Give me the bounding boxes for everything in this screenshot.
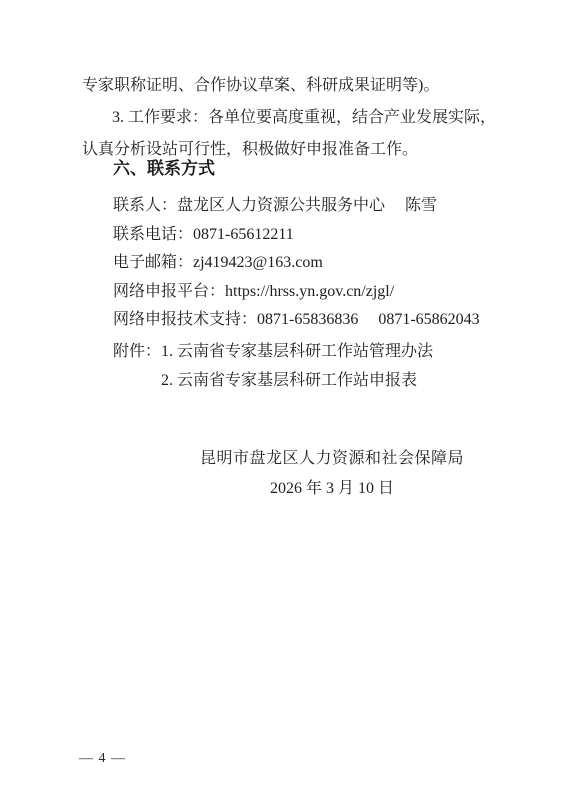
attachment-row-2: 附件：2. 云南省专家基层科研工作站申报表 bbox=[113, 366, 533, 395]
page-number: — 4 — bbox=[79, 751, 126, 767]
attachment-row-1: 附件：1. 云南省专家基层科研工作站管理办法 bbox=[113, 337, 533, 366]
work-requirements-line-1: 3. 工作要求：各单位要高度重视，结合产业发展实际， bbox=[82, 102, 518, 134]
attachment-item-1: 1. 云南省专家基层科研工作站管理办法 bbox=[161, 343, 433, 360]
document-page: 专家职称证明、合作协议草案、科研成果证明等)。 3. 工作要求：各单位要高度重视… bbox=[0, 0, 569, 810]
attachment-item-2: 2. 云南省专家基层科研工作站申报表 bbox=[161, 372, 417, 389]
attachments-label: 附件： bbox=[113, 343, 161, 360]
contact-person-line: 联系人：盘龙区人力资源公共服务中心 陈雪 bbox=[113, 192, 533, 221]
attachments-block: 附件：1. 云南省专家基层科研工作站管理办法 附件：2. 云南省专家基层科研工作… bbox=[113, 337, 533, 395]
contact-phone-line: 联系电话：0871-65612211 bbox=[113, 221, 533, 250]
body-paragraphs: 专家职称证明、合作协议草案、科研成果证明等)。 3. 工作要求：各单位要高度重视… bbox=[82, 70, 518, 166]
contact-email-line: 电子邮箱：zj419423@163.com bbox=[113, 249, 533, 278]
signature-block: 昆明市盘龙区人力资源和社会保障局 2026 年 3 月 10 日 bbox=[192, 444, 472, 504]
contact-info-block: 联系人：盘龙区人力资源公共服务中心 陈雪 联系电话：0871-65612211 … bbox=[113, 192, 533, 335]
application-platform-url-line: 网络申报平台：https://hrss.yn.gov.cn/zjgl/ bbox=[113, 278, 533, 307]
issuing-authority: 昆明市盘龙区人力资源和社会保障局 bbox=[192, 444, 472, 474]
section-heading-contact: 六、联系方式 bbox=[113, 158, 215, 180]
paragraph-continuation-line: 专家职称证明、合作协议草案、科研成果证明等)。 bbox=[82, 70, 518, 102]
issue-date: 2026 年 3 月 10 日 bbox=[192, 474, 472, 504]
tech-support-phones-line: 网络申报技术支持：0871-65836836 0871-65862043 bbox=[113, 306, 533, 335]
